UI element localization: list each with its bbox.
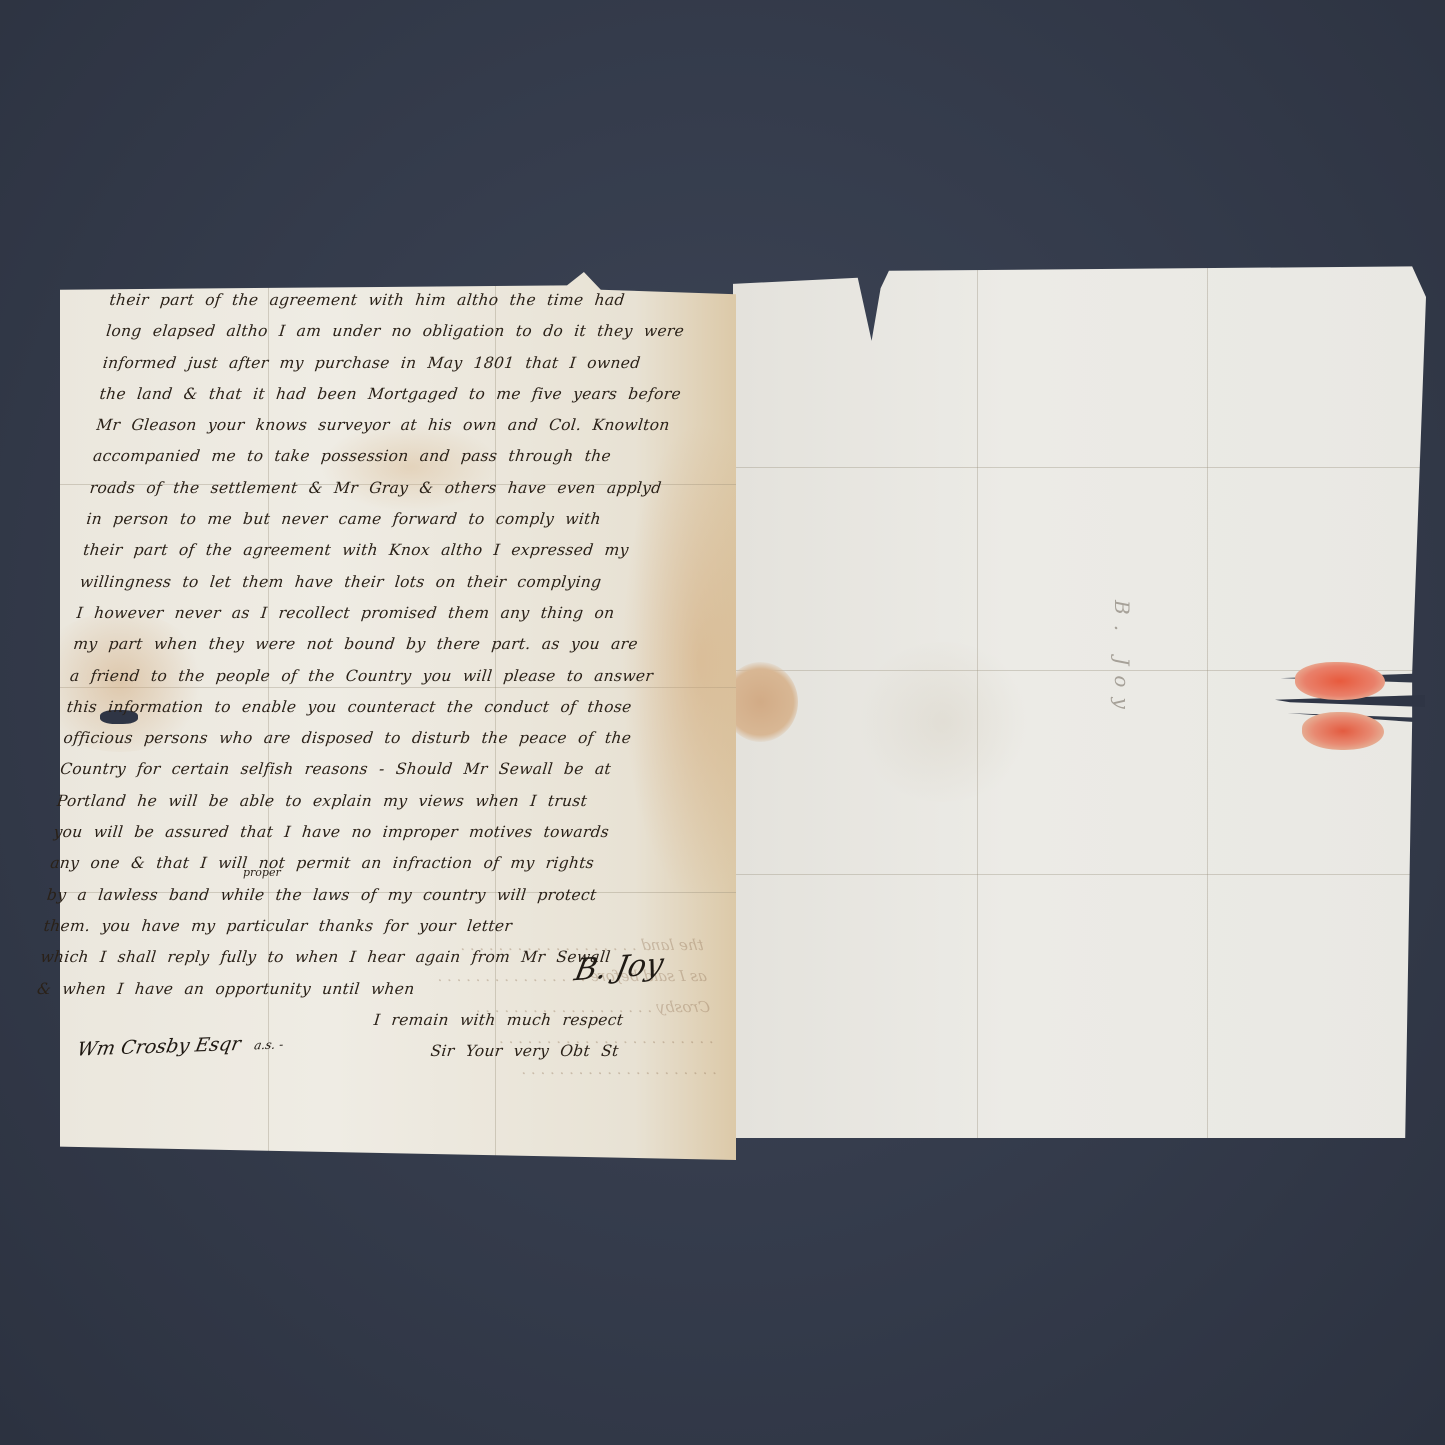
text-line: you will be assured that I have no impro… — [52, 817, 705, 848]
bleed-line: Crosby . . . . . . . . . . . . . . . . .… — [88, 992, 711, 1023]
wax-seal-lower — [1302, 712, 1384, 750]
text-line: I however never as I recollect promised … — [75, 598, 728, 629]
text-line: roads of the settlement & Mr Gray & othe… — [88, 473, 741, 504]
text-line: Portland he will be able to explain my v… — [55, 786, 708, 817]
text-line: this information to enable you counterac… — [65, 692, 718, 723]
text-line: Mr Gleason your knows surveyor at his ow… — [95, 410, 748, 441]
text-line: accompanied me to take possession and pa… — [91, 441, 744, 472]
docket-endorsement: B. Joy — [1110, 600, 1134, 719]
fold-line — [733, 874, 1426, 875]
text-line: a friend to the people of the Country yo… — [68, 661, 721, 692]
text-line: willingness to let them have their lots … — [78, 567, 731, 598]
text-line: informed just after my purchase in May 1… — [101, 348, 754, 379]
text-line: the land & that it had been Mortgaged to… — [98, 379, 751, 410]
text-line: in person to me but never came forward t… — [85, 504, 738, 535]
letter-photo: their part of the agreement with him alt… — [0, 0, 1445, 1445]
text-line: Country for certain selfish reasons - Sh… — [58, 754, 711, 785]
interlinear-insertion: proper — [243, 866, 281, 879]
fold-line — [733, 467, 1426, 468]
text-line: officious persons who are disposed to di… — [62, 723, 715, 754]
faint-stamp-impression — [853, 642, 1033, 802]
text-line: by a lawless band while the laws of my c… — [45, 880, 698, 911]
wax-seal-upper — [1295, 662, 1385, 700]
text-line: my part when they were not bound by ther… — [72, 629, 725, 660]
bleed-line: . . . . . . . . . . . . . . . . . . . . … — [95, 1054, 718, 1085]
signature: B. Joy — [572, 947, 667, 989]
text-line: their part of the agreement with Knox al… — [82, 535, 735, 566]
fold-line — [1207, 262, 1208, 1138]
addressee-suffix: a.s. - — [253, 1037, 284, 1052]
text-line: long elapsed altho I am under no obligat… — [105, 316, 758, 347]
text-line: their part of the agreement with him alt… — [108, 285, 761, 316]
text-line: any one & that I will not permit an infr… — [49, 848, 702, 879]
